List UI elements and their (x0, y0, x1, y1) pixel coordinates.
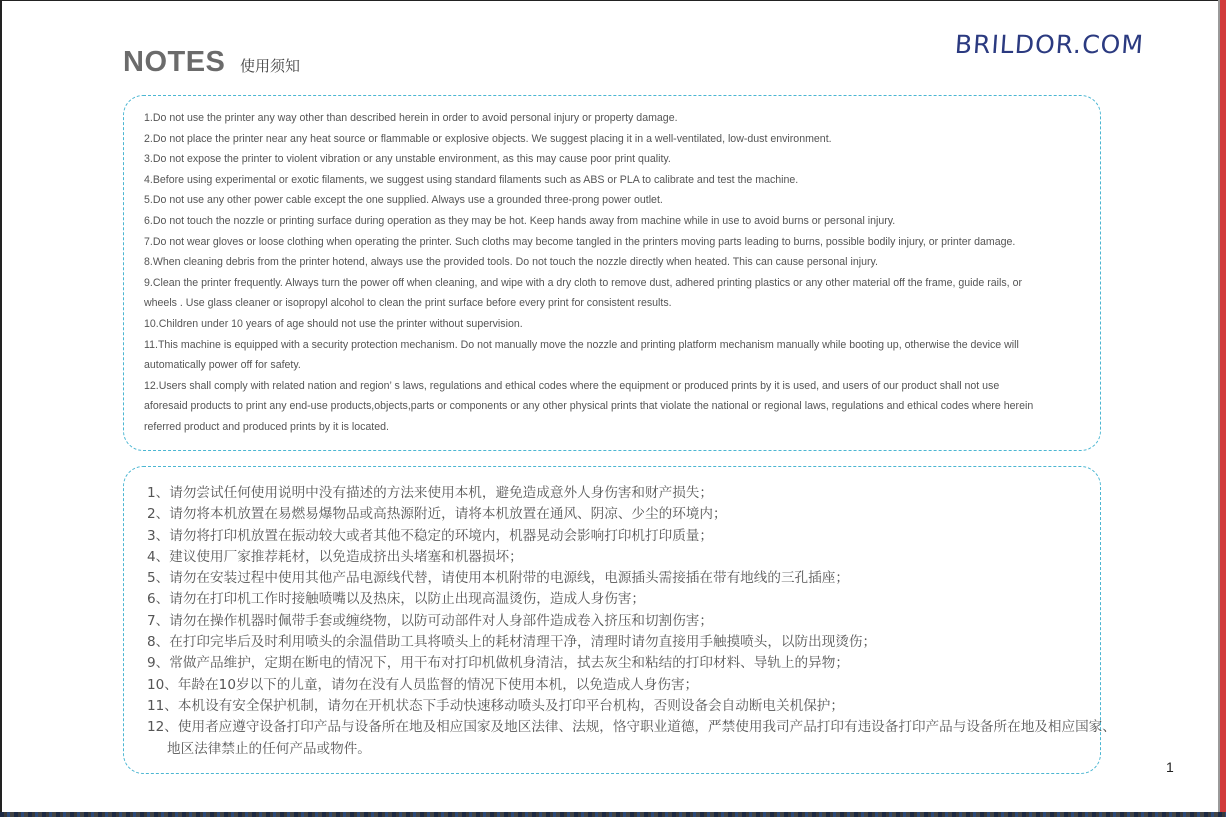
note-line: 8.When cleaning debris from the printer … (144, 252, 1100, 273)
note-line: 6.Do not touch the nozzle or printing su… (144, 211, 1100, 232)
page-edge-right-red-strip (1220, 0, 1226, 812)
note-line: 6、请勿在打印机工作时接触喷嘴以及热床，以防止出现高温烫伤，造成人身伤害； (147, 589, 1100, 610)
note-line: 10.Children under 10 years of age should… (144, 314, 1100, 335)
note-line: referred product and produced prints by … (144, 417, 1100, 438)
note-line: 5、请勿在安装过程中使用其他产品电源线代替，请使用本机附带的电源线，电源插头需接… (147, 568, 1100, 589)
note-line: 2.Do not place the printer near any heat… (144, 129, 1100, 150)
note-line: 3.Do not expose the printer to violent v… (144, 149, 1100, 170)
note-line: 3、请勿将打印机放置在振动较大或者其他不稳定的环境内，机器晃动会影响打印机打印质… (147, 526, 1100, 547)
note-line: 7、请勿在操作机器时佩带手套或缠绕物，以防可动部件对人身部件造成卷入挤压和切割伤… (147, 611, 1100, 632)
note-line-continuation: 地区法律禁止的任何产品或物件。 (147, 739, 1100, 760)
note-line: 10、年龄在10岁以下的儿童，请勿在没有人员监督的情况下使用本机，以免造成人身伤… (147, 675, 1100, 696)
page-edge-left (0, 0, 2, 812)
brand-logo: BRILDOR.COM (954, 30, 1145, 59)
note-line: 11.This machine is equipped with a secur… (144, 335, 1100, 356)
note-line: 12、使用者应遵守设备打印产品与设备所在地及相应国家及地区法律、法规，恪守职业道… (147, 717, 1100, 738)
note-line: 4、建议使用厂家推荐耗材，以免造成挤出头堵塞和机器损坏； (147, 547, 1100, 568)
note-line: 1.Do not use the printer any way other t… (144, 108, 1100, 129)
note-line: 5.Do not use any other power cable excep… (144, 190, 1100, 211)
page-title: NOTES (123, 46, 225, 79)
chinese-notes-box: 1、请勿尝试任何使用说明中没有描述的方法来使用本机，避免造成意外人身伤害和财产损… (123, 466, 1101, 774)
note-line: 9.Clean the printer frequently. Always t… (144, 273, 1100, 294)
note-line: automatically power off for safety. (144, 355, 1100, 376)
note-line: wheels . Use glass cleaner or isopropyl … (144, 293, 1100, 314)
page-title-chinese: 使用须知 (240, 55, 300, 76)
note-line: aforesaid products to print any end-use … (144, 396, 1100, 417)
english-notes-box: 1.Do not use the printer any way other t… (123, 95, 1101, 451)
note-line: 8、在打印完毕后及时利用喷头的余温借助工具将喷头上的耗材清理干净，清理时请勿直接… (147, 632, 1100, 653)
note-line: 1、请勿尝试任何使用说明中没有描述的方法来使用本机，避免造成意外人身伤害和财产损… (147, 483, 1100, 504)
note-line: 4.Before using experimental or exotic fi… (144, 170, 1100, 191)
note-line: 12.Users shall comply with related natio… (144, 376, 1100, 397)
page-number: 1 (1166, 759, 1174, 775)
note-line: 2、请勿将本机放置在易燃易爆物品或高热源附近，请将本机放置在通风、阴凉、少尘的环… (147, 504, 1100, 525)
page-edge-bottom (0, 812, 1226, 817)
note-line: 9、常做产品维护，定期在断电的情况下，用干布对打印机做机身清洁，拭去灰尘和粘结的… (147, 653, 1100, 674)
note-line: 7.Do not wear gloves or loose clothing w… (144, 232, 1100, 253)
page-edge-top (0, 0, 1218, 1)
note-line: 11、本机设有安全保护机制，请勿在开机状态下手动快速移动喷头及打印平台机构，否则… (147, 696, 1100, 717)
